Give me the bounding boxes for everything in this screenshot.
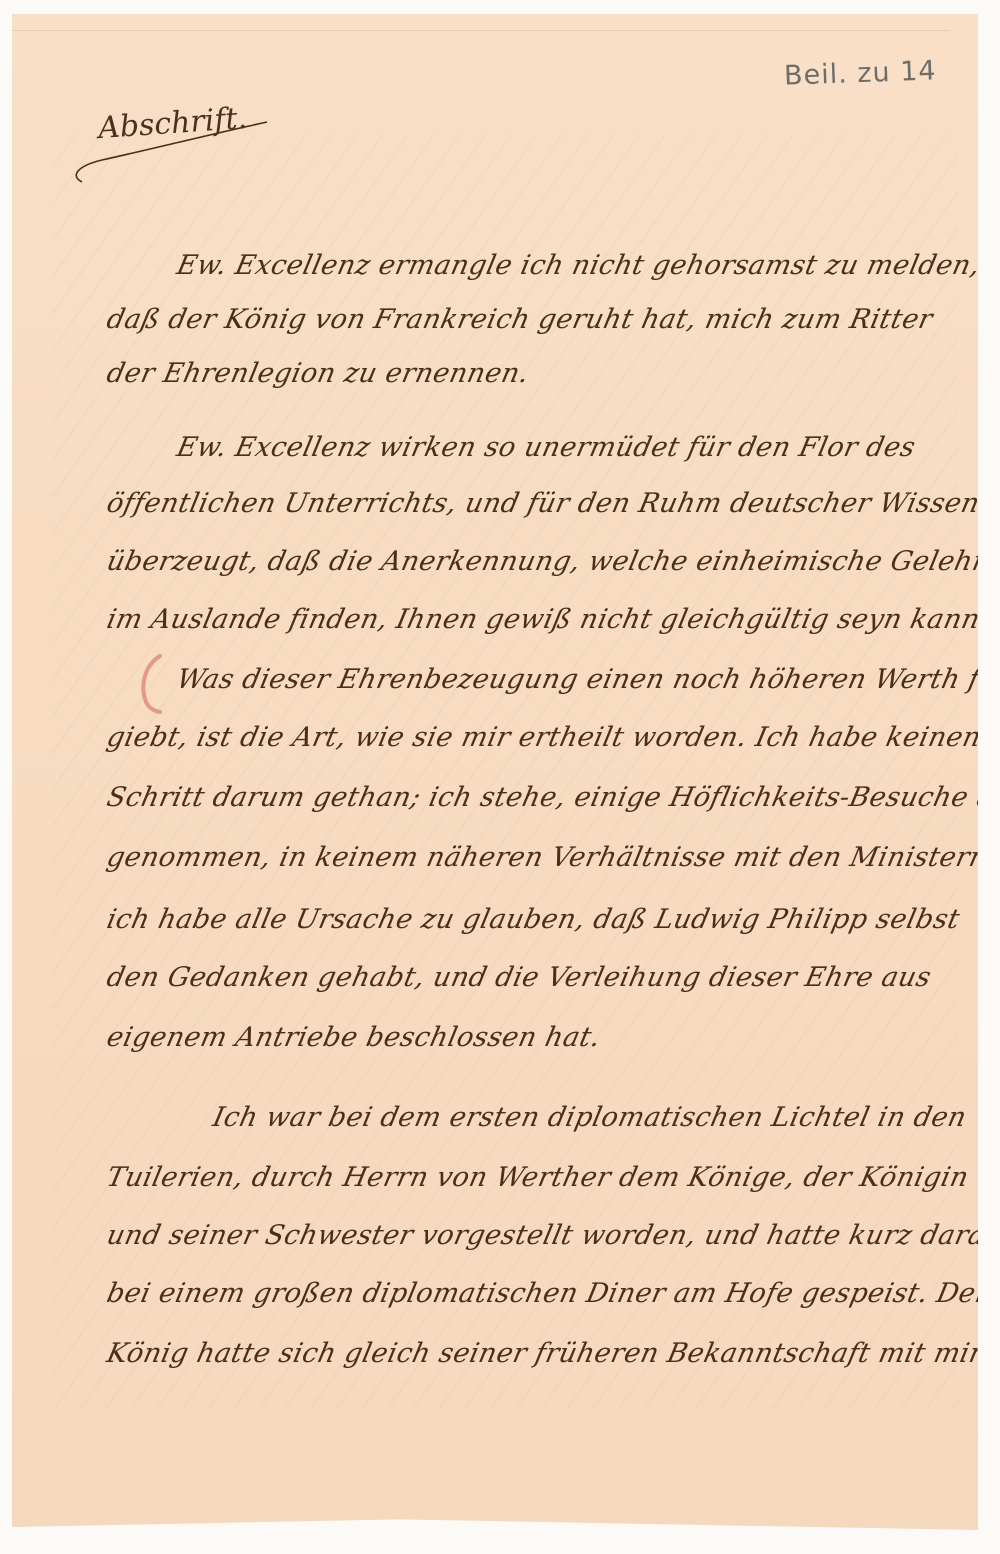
text-line: Schritt darum gethan; ich stehe, einige … (104, 782, 1000, 813)
text-line: daß der König von Frankreich geruht hat,… (104, 304, 935, 335)
text-line: Ich war bei dem ersten diplomatischen Li… (210, 1102, 969, 1133)
text-line: Ew. Excellenz ermangle ich nicht gehorsa… (174, 250, 983, 281)
text-line: und seiner Schwester vorgestellt worden,… (104, 1220, 1000, 1251)
manuscript-page: Beil. zu 14 Abschrift. Ew. Excellenz erm… (12, 14, 978, 1530)
text-line: der Ehrenlegion zu ernennen. (104, 358, 532, 389)
text-line: überzeugt, daß die Anerkennung, welche e… (104, 546, 1000, 577)
text-line: im Auslande finden, Ihnen gewiß nicht gl… (104, 604, 992, 635)
text-line: Tuilerien, durch Herrn von Werther dem K… (104, 1162, 972, 1193)
text-line: öffentlichen Unterrichts, und für den Ru… (104, 488, 1000, 519)
text-line: Was dieser Ehrenbezeugung einen noch höh… (174, 664, 1000, 695)
text-line: genommen, in keinem näheren Verhältnisse… (104, 842, 1000, 873)
text-line: den Gedanken gehabt, und die Verleihung … (104, 962, 934, 993)
text-line: Ew. Excellenz wirken so unermüdet für de… (174, 432, 918, 463)
text-line: König hatte sich gleich seiner früheren … (104, 1338, 986, 1369)
text-line: ich habe alle Ursache zu glauben, daß Lu… (104, 904, 963, 935)
letter-body: Ew. Excellenz ermangle ich nicht gehorsa… (12, 14, 978, 1530)
text-line: eigenem Antriebe beschlossen hat. (104, 1022, 603, 1053)
text-line: bei einem großen diplomatischen Diner am… (104, 1278, 992, 1309)
text-line: giebt, ist die Art, wie sie mir ertheilt… (104, 722, 984, 753)
